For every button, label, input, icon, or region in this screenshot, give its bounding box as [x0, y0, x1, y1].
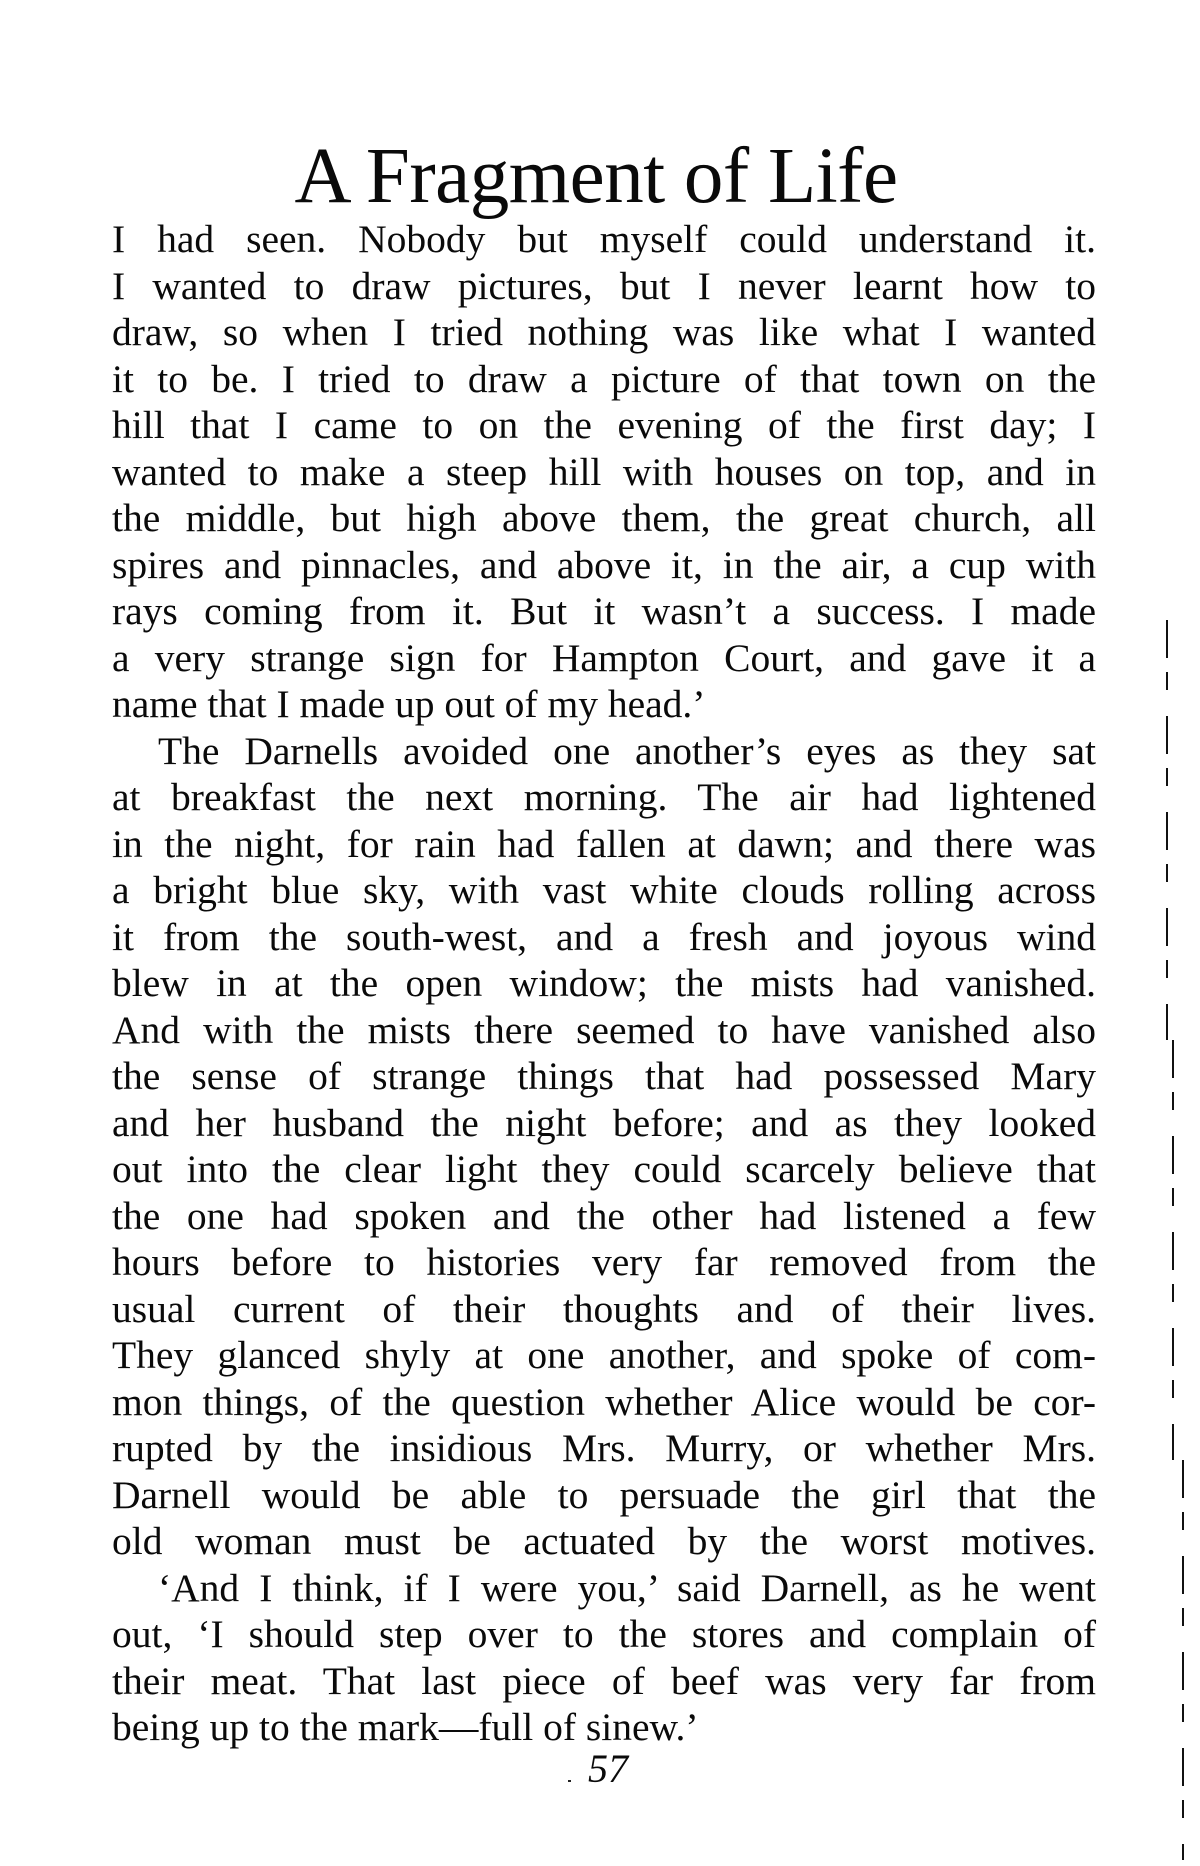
text-line: and her husband the night before; and as… — [112, 1100, 1096, 1147]
text-line: the middle, but high above them, the gre… — [112, 495, 1096, 542]
scan-speck — [568, 1780, 571, 1782]
text-line: rays coming from it. But it wasn’t a suc… — [112, 588, 1096, 635]
text-line: I wanted to draw pictures, but I never l… — [112, 263, 1096, 310]
scan-edge-line — [1172, 1040, 1174, 1460]
text-line: And with the mists there seemed to have … — [112, 1007, 1096, 1054]
text-line: the one had spoken and the other had lis… — [112, 1193, 1096, 1240]
text-line: spires and pinnacles, and above it, in t… — [112, 542, 1096, 589]
text-line: at breakfast the next morning. The air h… — [112, 774, 1096, 821]
text-line: ‘And I think, if I were you,’ said Darne… — [112, 1565, 1096, 1612]
body-text: I had seen. Nobody but myself could unde… — [112, 216, 1096, 1751]
book-page: A Fragment of Life I had seen. Nobody bu… — [0, 0, 1200, 1866]
text-line: their meat. That last piece of beef was … — [112, 1658, 1096, 1705]
text-line: old woman must be actuated by the worst … — [112, 1518, 1096, 1565]
scan-edge-line — [1166, 620, 1168, 1040]
text-line: usual current of their thoughts and of t… — [112, 1286, 1096, 1333]
text-line: out into the clear light they could scar… — [112, 1146, 1096, 1193]
text-line: it from the south-west, and a fresh and … — [112, 914, 1096, 961]
text-line: name that I made up out of my head.’ — [112, 681, 1096, 728]
text-line: a bright blue sky, with vast white cloud… — [112, 867, 1096, 914]
paragraph: I had seen. Nobody but myself could unde… — [112, 216, 1096, 728]
text-line: The Darnells avoided one another’s eyes … — [112, 728, 1096, 775]
text-line: being up to the mark—full of sinew.’ — [112, 1704, 1096, 1751]
paragraph: ‘And I think, if I were you,’ said Darne… — [112, 1565, 1096, 1751]
text-line: draw, so when I tried nothing was like w… — [112, 309, 1096, 356]
text-line: the sense of strange things that had pos… — [112, 1053, 1096, 1100]
text-line: Darnell would be able to persuade the gi… — [112, 1472, 1096, 1519]
text-line: blew in at the open window; the mists ha… — [112, 960, 1096, 1007]
page-number: 57 — [560, 1746, 656, 1792]
text-line: out, ‘I should step over to the stores a… — [112, 1611, 1096, 1658]
text-line: I had seen. Nobody but myself could unde… — [112, 216, 1096, 263]
text-line: it to be. I tried to draw a picture of t… — [112, 356, 1096, 403]
text-line: hill that I came to on the evening of th… — [112, 402, 1096, 449]
running-title: A Fragment of Life — [0, 132, 1192, 222]
paragraph: The Darnells avoided one another’s eyes … — [112, 728, 1096, 1565]
text-line: hours before to histories very far remov… — [112, 1239, 1096, 1286]
scan-edge-line — [1182, 1460, 1184, 1860]
text-line: a very strange sign for Hampton Court, a… — [112, 635, 1096, 682]
text-line: wanted to make a steep hill with houses … — [112, 449, 1096, 496]
text-line: in the night, for rain had fallen at daw… — [112, 821, 1096, 868]
text-line: They glanced shyly at one another, and s… — [112, 1332, 1096, 1379]
text-line: mon things, of the question whether Alic… — [112, 1379, 1096, 1426]
text-line: rupted by the insidious Mrs. Murry, or w… — [112, 1425, 1096, 1472]
